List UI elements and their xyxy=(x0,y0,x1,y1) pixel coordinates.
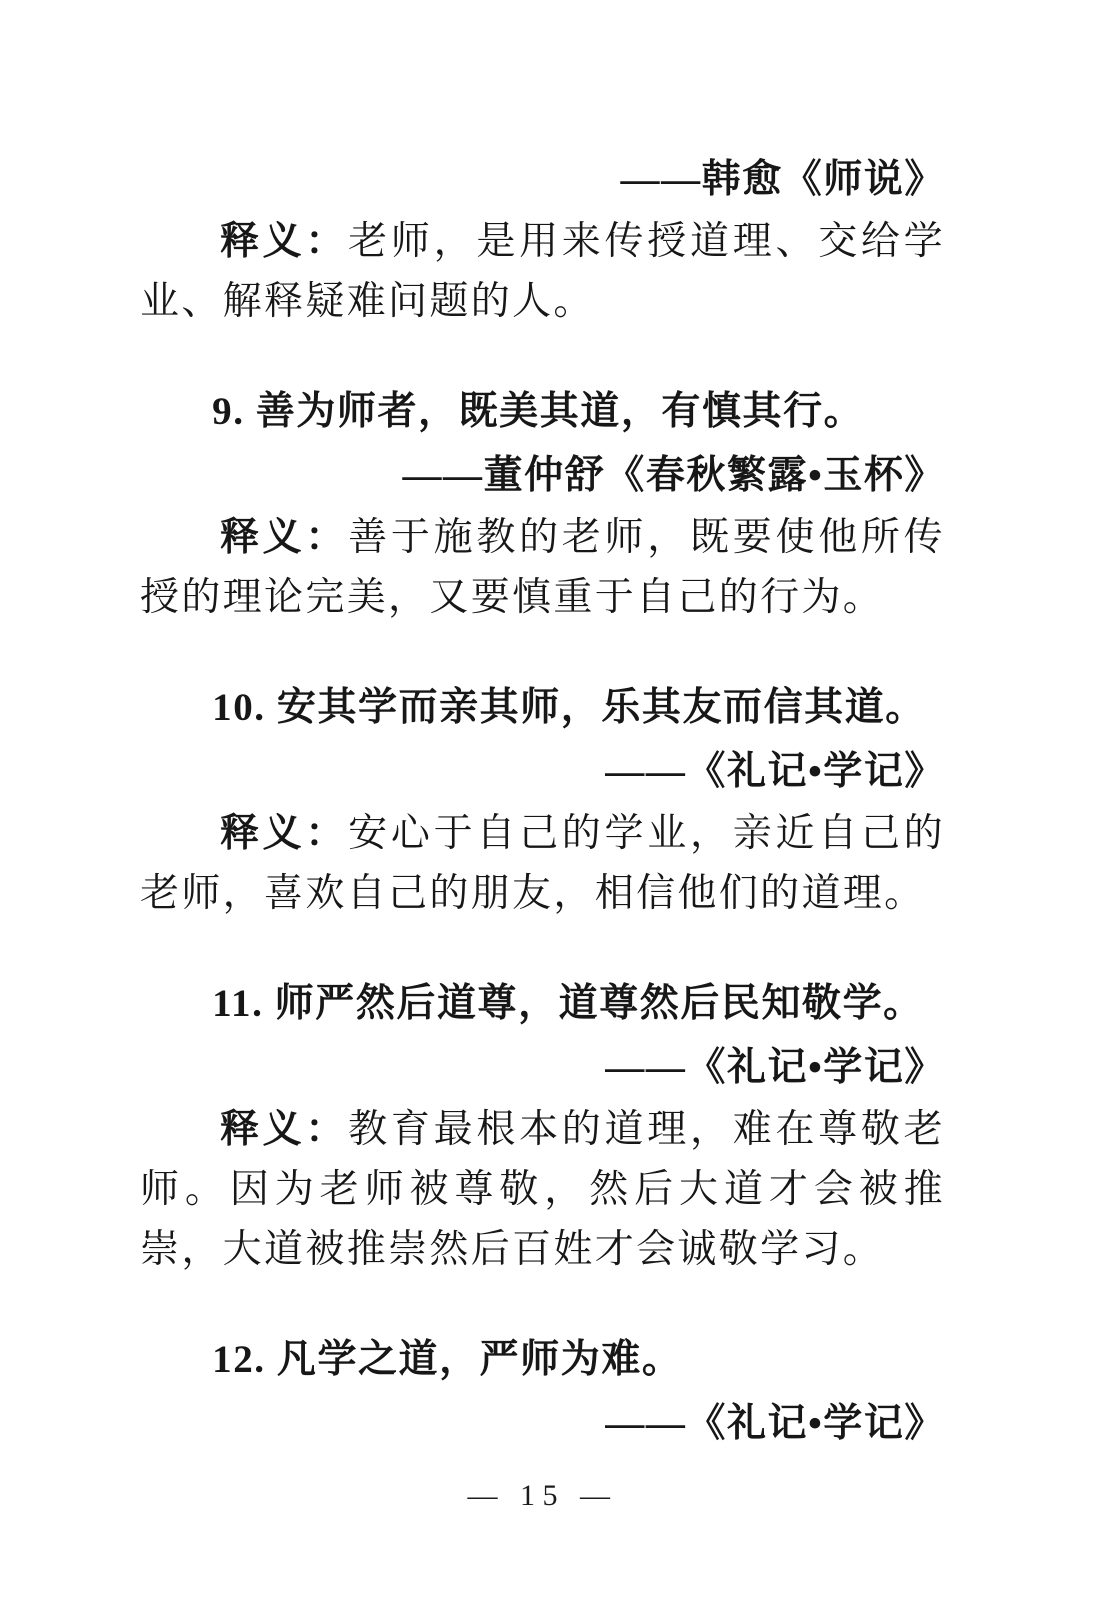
quote-text: 11. 师严然后道尊，道尊然后民知敬学。 xyxy=(140,974,945,1034)
explanation-paragraph: 释义：安心于自己的学业，亲近自己的老师，喜欢自己的朋友，相信他们的道理。 xyxy=(140,804,945,924)
quote-entry-9: 9. 善为师者，既美其道，有慎其行。 ——董仲舒《春秋繁露•玉杯》 释义：善于施… xyxy=(140,382,945,628)
quote-text: 9. 善为师者，既美其道，有慎其行。 xyxy=(140,382,945,442)
explanation-label: 释义： xyxy=(220,1108,348,1151)
quote-entry-11: 11. 师严然后道尊，道尊然后民知敬学。 ——《礼记•学记》 释义：教育最根本的… xyxy=(140,974,945,1280)
document-page: ——韩愈《师说》 释义：老师，是用来传授道理、交给学业、解释疑难问题的人。 9.… xyxy=(0,0,1103,1599)
explanation-paragraph: 释义：善于施教的老师，既要使他所传授的理论完美，又要慎重于自己的行为。 xyxy=(140,508,945,628)
page-number: — 15 — xyxy=(140,1476,945,1516)
explanation-label: 释义： xyxy=(220,812,348,855)
explanation-label: 释义： xyxy=(220,516,348,559)
explanation-paragraph: 释义：老师，是用来传授道理、交给学业、解释疑难问题的人。 xyxy=(140,212,945,332)
attribution-line: ——韩愈《师说》 xyxy=(140,150,945,210)
attribution-line: ——《礼记•学记》 xyxy=(140,1394,945,1454)
quote-text: 10. 安其学而亲其师，乐其友而信其道。 xyxy=(140,678,945,738)
explanation-paragraph: 释义：教育最根本的道理，难在尊敬老师。因为老师被尊敬，然后大道才会被推崇，大道被… xyxy=(140,1100,945,1280)
attribution-line: ——《礼记•学记》 xyxy=(140,1038,945,1098)
attribution-line: ——董仲舒《春秋繁露•玉杯》 xyxy=(140,446,945,506)
explanation-label: 释义： xyxy=(220,220,348,263)
attribution-line: ——《礼记•学记》 xyxy=(140,742,945,802)
quote-entry-8: ——韩愈《师说》 释义：老师，是用来传授道理、交给学业、解释疑难问题的人。 xyxy=(140,150,945,332)
quote-entry-12: 12. 凡学之道，严师为难。 ——《礼记•学记》 xyxy=(140,1330,945,1454)
quote-entry-10: 10. 安其学而亲其师，乐其友而信其道。 ——《礼记•学记》 释义：安心于自己的… xyxy=(140,678,945,924)
quote-text: 12. 凡学之道，严师为难。 xyxy=(140,1330,945,1390)
